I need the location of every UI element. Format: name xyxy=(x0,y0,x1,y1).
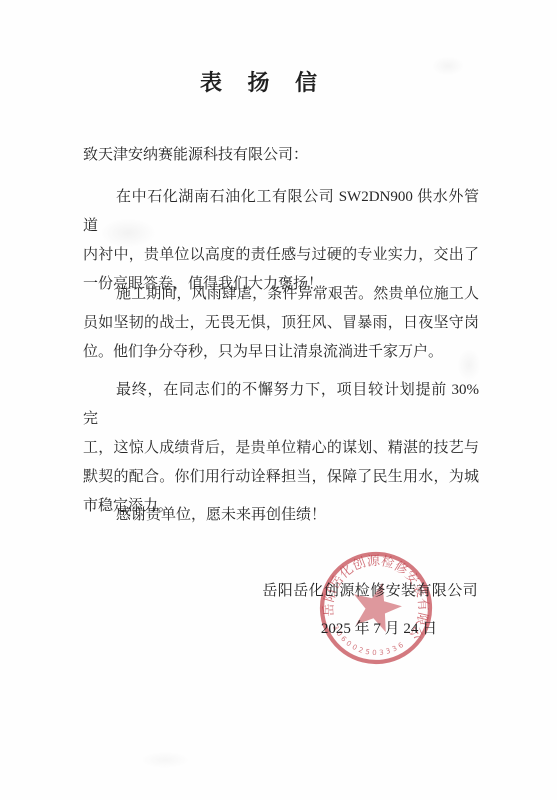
paragraph-line: 默契的配合。你们用行动诠释担当，保障了民生用水，为城 xyxy=(83,463,479,492)
paragraph-line: 工，这惊人成绩背后，是贵单位精心的谋划、精湛的技艺与 xyxy=(83,434,479,463)
commendation-letter-page: 表 扬 信 致天津安纳赛能源科技有限公司： 在中石化湖南石油化工有限公司 SW2… xyxy=(0,0,557,800)
signature-company: 岳阳岳化创源检修安装有限公司 xyxy=(262,579,478,600)
signature-date: 2025 年 7 月 24 日 xyxy=(316,617,442,638)
paragraph-line: 内衬中，贵单位以高度的责任感与过硬的专业实力，交出了 xyxy=(83,241,479,270)
scan-smudge xyxy=(130,748,200,772)
closing-line: 感谢贵单位，愿未来再创佳绩！ xyxy=(83,501,479,530)
paragraph-line: 最终，在同志们的不懈努力下，项目较计划提前 30% 完 xyxy=(83,376,479,434)
paragraph-3: 最终，在同志们的不懈努力下，项目较计划提前 30% 完 工，这惊人成绩背后，是贵… xyxy=(83,376,479,521)
paragraph-line: 施工期间，风雨肆虐，条件异常艰苦。然贵单位施工人 xyxy=(83,280,479,309)
paragraph-line: 员如坚韧的战士，无畏无惧，顶狂风、冒暴雨，日夜坚守岗 xyxy=(83,309,479,338)
letter-title: 表 扬 信 xyxy=(66,66,461,97)
salutation: 致天津安纳赛能源科技有限公司： xyxy=(83,143,308,164)
paragraph-line: 在中石化湖南石油化工有限公司 SW2DN900 供水外管道 xyxy=(83,183,479,241)
paragraph-line: 位。他们争分夺秒，只为早日让清泉流淌进千家万户。 xyxy=(83,338,479,367)
company-seal: 岳阳岳化创源检修安装有限公司 306002503336 xyxy=(296,528,456,688)
paragraph-2: 施工期间，风雨肆虐，条件异常艰苦。然贵单位施工人 员如坚韧的战士，无畏无惧，顶狂… xyxy=(83,280,479,367)
